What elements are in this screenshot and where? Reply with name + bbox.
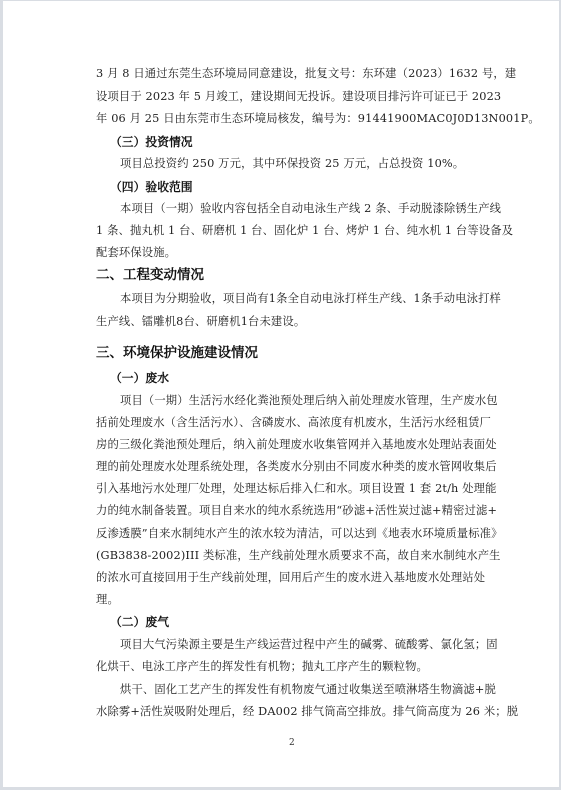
paragraph-line: 本项目为分期验收，项目尚有1条全自动电泳打样生产线、1条手动电泳打样 bbox=[120, 292, 500, 306]
paragraph-line: 的浓水可直接回用于生产线前处理，回用后产生的废水进入基地废水处理站处 bbox=[96, 571, 476, 585]
section-heading-investment: （三）投资情况 bbox=[110, 135, 193, 149]
paragraph-line: 房的三级化粪池预处理后，纳入前处理废水收集管网并入基地废水处理站表面处 bbox=[96, 438, 476, 452]
paragraph-line: 配套环保设施。 bbox=[96, 246, 476, 260]
paragraph-line: 化烘干、电泳工序产生的挥发性有机物；抛丸工序产生的颗粒物。 bbox=[96, 660, 476, 674]
paragraph-line: 项目大气污染源主要是生产线运营过程中产生的碱雾、硫酸雾、氯化氢；固 bbox=[120, 638, 500, 652]
paragraph-line: 力的纯水制备装置。项目自来水的纯水系统选用“砂滤+活性炭过滤+精密过滤+ bbox=[96, 504, 476, 518]
section-heading-environment: 三、环境保护设施建设情况 bbox=[96, 345, 258, 361]
paragraph-line: 反渗透膜”自来水制纯水产生的浓水较为清洁，可以达到《地表水环境质量标准》 bbox=[96, 527, 476, 541]
paragraph-line: 项目（一期）生活污水经化粪池预处理后纳入前处理废水管理，生产废水包 bbox=[120, 394, 500, 408]
paragraph-line: 设项目于 2023 年 5 月竣工，建设期间无投诉。建设项目排污许可证已于 20… bbox=[96, 90, 476, 104]
paragraph-line: 3 月 8 日通过东莞生态环境局同意建设，批复文号：东环建（2023）1632 … bbox=[96, 67, 476, 81]
paragraph-line: 烘干、固化工艺产生的挥发性有机物废气通过收集送至喷淋塔生物滴滤+脱 bbox=[120, 683, 500, 697]
paragraph-line: 理的前处理废水处理系统处理，各类废水分别由不同废水种类的废水管网收集后 bbox=[96, 460, 476, 474]
paragraph-line: 引入基地污水处理厂处理，处理达标后排入仁和水。项目设置 1 套 2t/h 处理能 bbox=[96, 482, 476, 496]
section-heading-changes: 二、工程变动情况 bbox=[96, 267, 204, 283]
paragraph-line: 本项目（一期）验收内容包括全自动电泳生产线 2 条、手动脱漆除锈生产线 bbox=[120, 202, 500, 216]
paragraph-line: 项目总投资约 250 万元，其中环保投资 25 万元，占总投资 10%。 bbox=[120, 157, 500, 171]
page-number: 2 bbox=[289, 738, 295, 748]
paragraph-line: 生产线、镭雕机8台、研磨机1台未建设。 bbox=[96, 315, 476, 329]
paragraph-line: (GB3838-2002)III 类标准，生产线前处理水质要求不高，故自来水制纯… bbox=[96, 549, 476, 563]
subsection-heading-exhaust: （二）废气 bbox=[110, 615, 169, 629]
paragraph-line: 括前处理废水（含生活污水）、含磷废水、高浓度有机废水，生活污水经租赁厂 bbox=[96, 416, 476, 430]
subsection-heading-wastewater: （一）废水 bbox=[110, 371, 169, 385]
section-heading-scope: （四）验收范围 bbox=[110, 180, 193, 194]
paragraph-line: 理。 bbox=[96, 593, 476, 607]
paragraph-line: 1 条、抛丸机 1 台、研磨机 1 台、固化炉 1 台、烤炉 1 台、纯水机 1… bbox=[96, 224, 476, 238]
paragraph-line: 年 06 月 25 日由东莞市生态环境局核发，编号为：91441900MAC0J… bbox=[96, 112, 476, 126]
document-page: 3 月 8 日通过东莞生态环境局同意建设，批复文号：东环建（2023）1632 … bbox=[3, 1, 559, 787]
paragraph-line: 水除雾+活性炭吸附处理后，经 DA002 排气筒高空排放。排气筒高度为 26 米… bbox=[96, 705, 476, 719]
